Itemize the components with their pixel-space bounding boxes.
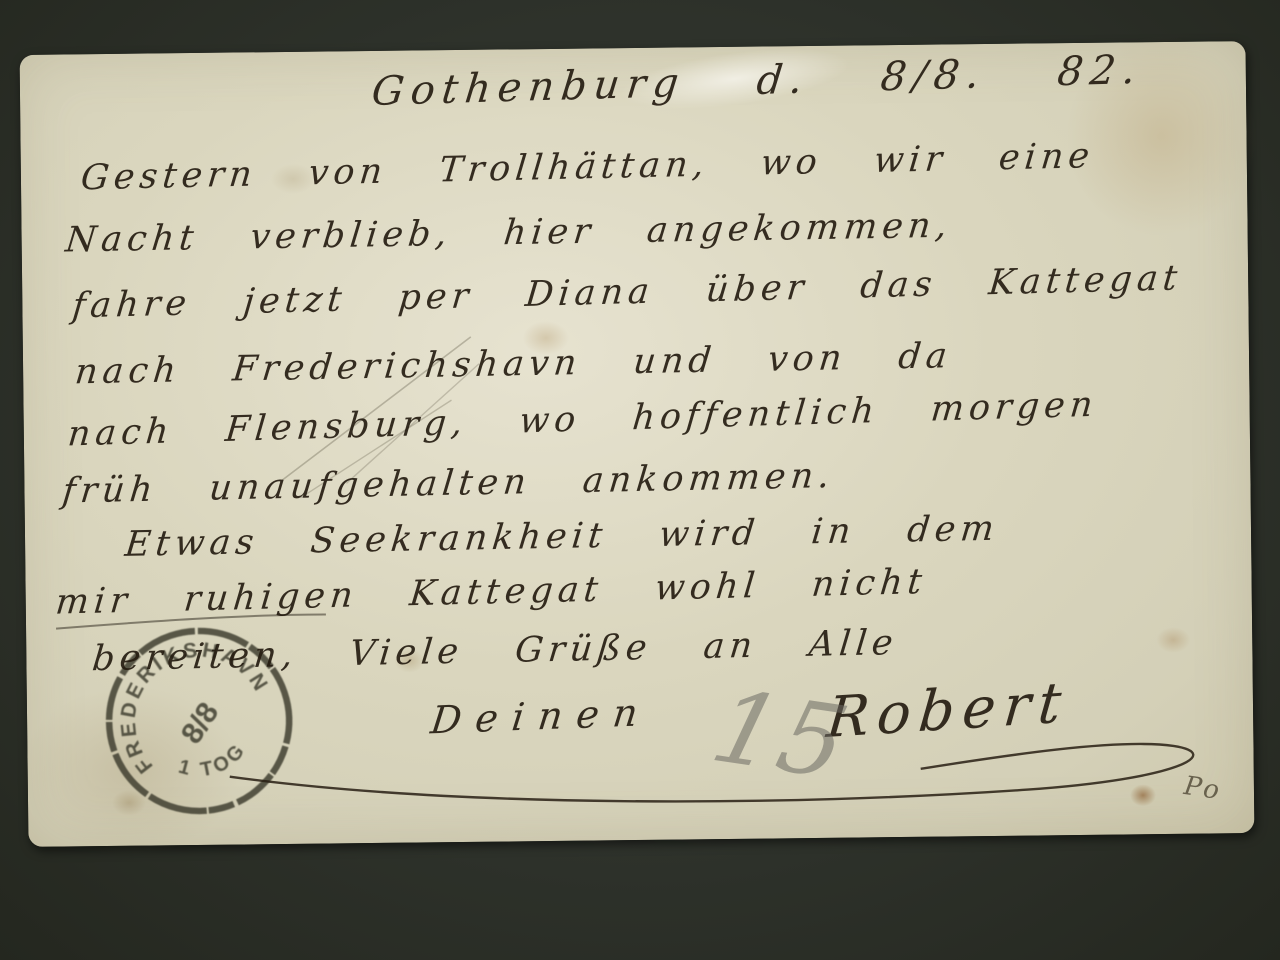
postmark-stamp: FREDERIKSHAVN 8/8 1 TOG (60, 582, 339, 861)
handwriting-line: Etwas Seekrankheit wird in dem (123, 509, 1001, 565)
handwriting-line: früh unaufgehalten ankommen. (60, 456, 836, 512)
valediction: Deinen (428, 690, 654, 743)
handwriting-line: nach Frederichshavn und von da (73, 336, 954, 392)
signature: Robert (824, 670, 1072, 751)
dateline: Gothenburg d. 8/8. 82. (369, 47, 1144, 115)
postcard: FREDERIKSHAVN 8/8 1 TOG Gothenburg d. 8/… (20, 41, 1255, 847)
handwriting-line: nach Flensburg, wo hoffentlich morgen (66, 385, 1099, 455)
handwriting-line: Nacht verblieb, hier angekommen, (64, 206, 954, 261)
pencil-number: 15 (701, 668, 860, 801)
handwriting-line: mir ruhigen Kattegat wohl nicht (54, 562, 929, 623)
postmark-train-text: 1 TOG (170, 734, 256, 791)
postmark-date-text: 8/8 (175, 697, 226, 750)
foxing-stain (1130, 784, 1156, 806)
pencil-corner-mark: Po (1182, 771, 1224, 806)
photo-background: FREDERIKSHAVN 8/8 1 TOG Gothenburg d. 8/… (0, 0, 1280, 960)
handwriting-line: Gestern von Trollhättan, wo wir eine (79, 136, 1096, 198)
foxing-stain (1156, 627, 1190, 653)
handwriting-line: fahre jetzt per Diana über das Kattegat (70, 258, 1183, 326)
